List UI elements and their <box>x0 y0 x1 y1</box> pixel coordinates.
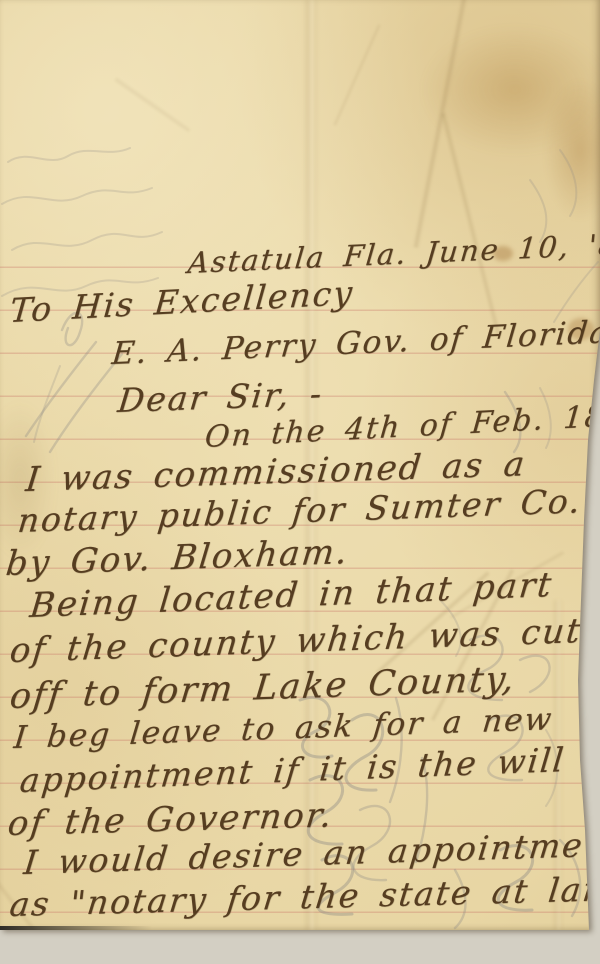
date-line: Astatula Fla. June 10, '87 <box>186 226 600 280</box>
paper-shadow: Astatula Fla. June 10, '87 To His Excell… <box>0 0 600 930</box>
scan-edge <box>0 926 152 930</box>
recipient-name-line: E. A. Perry Gov. of Florida <box>110 314 600 372</box>
salutation-line: Dear Sir, - <box>116 374 325 420</box>
letter-scan: Astatula Fla. June 10, '87 To His Excell… <box>0 0 600 930</box>
letter-paper: Astatula Fla. June 10, '87 To His Excell… <box>0 0 600 930</box>
addressee-line: To His Excellency <box>8 273 355 330</box>
handwriting: Astatula Fla. June 10, '87 To His Excell… <box>0 0 600 930</box>
